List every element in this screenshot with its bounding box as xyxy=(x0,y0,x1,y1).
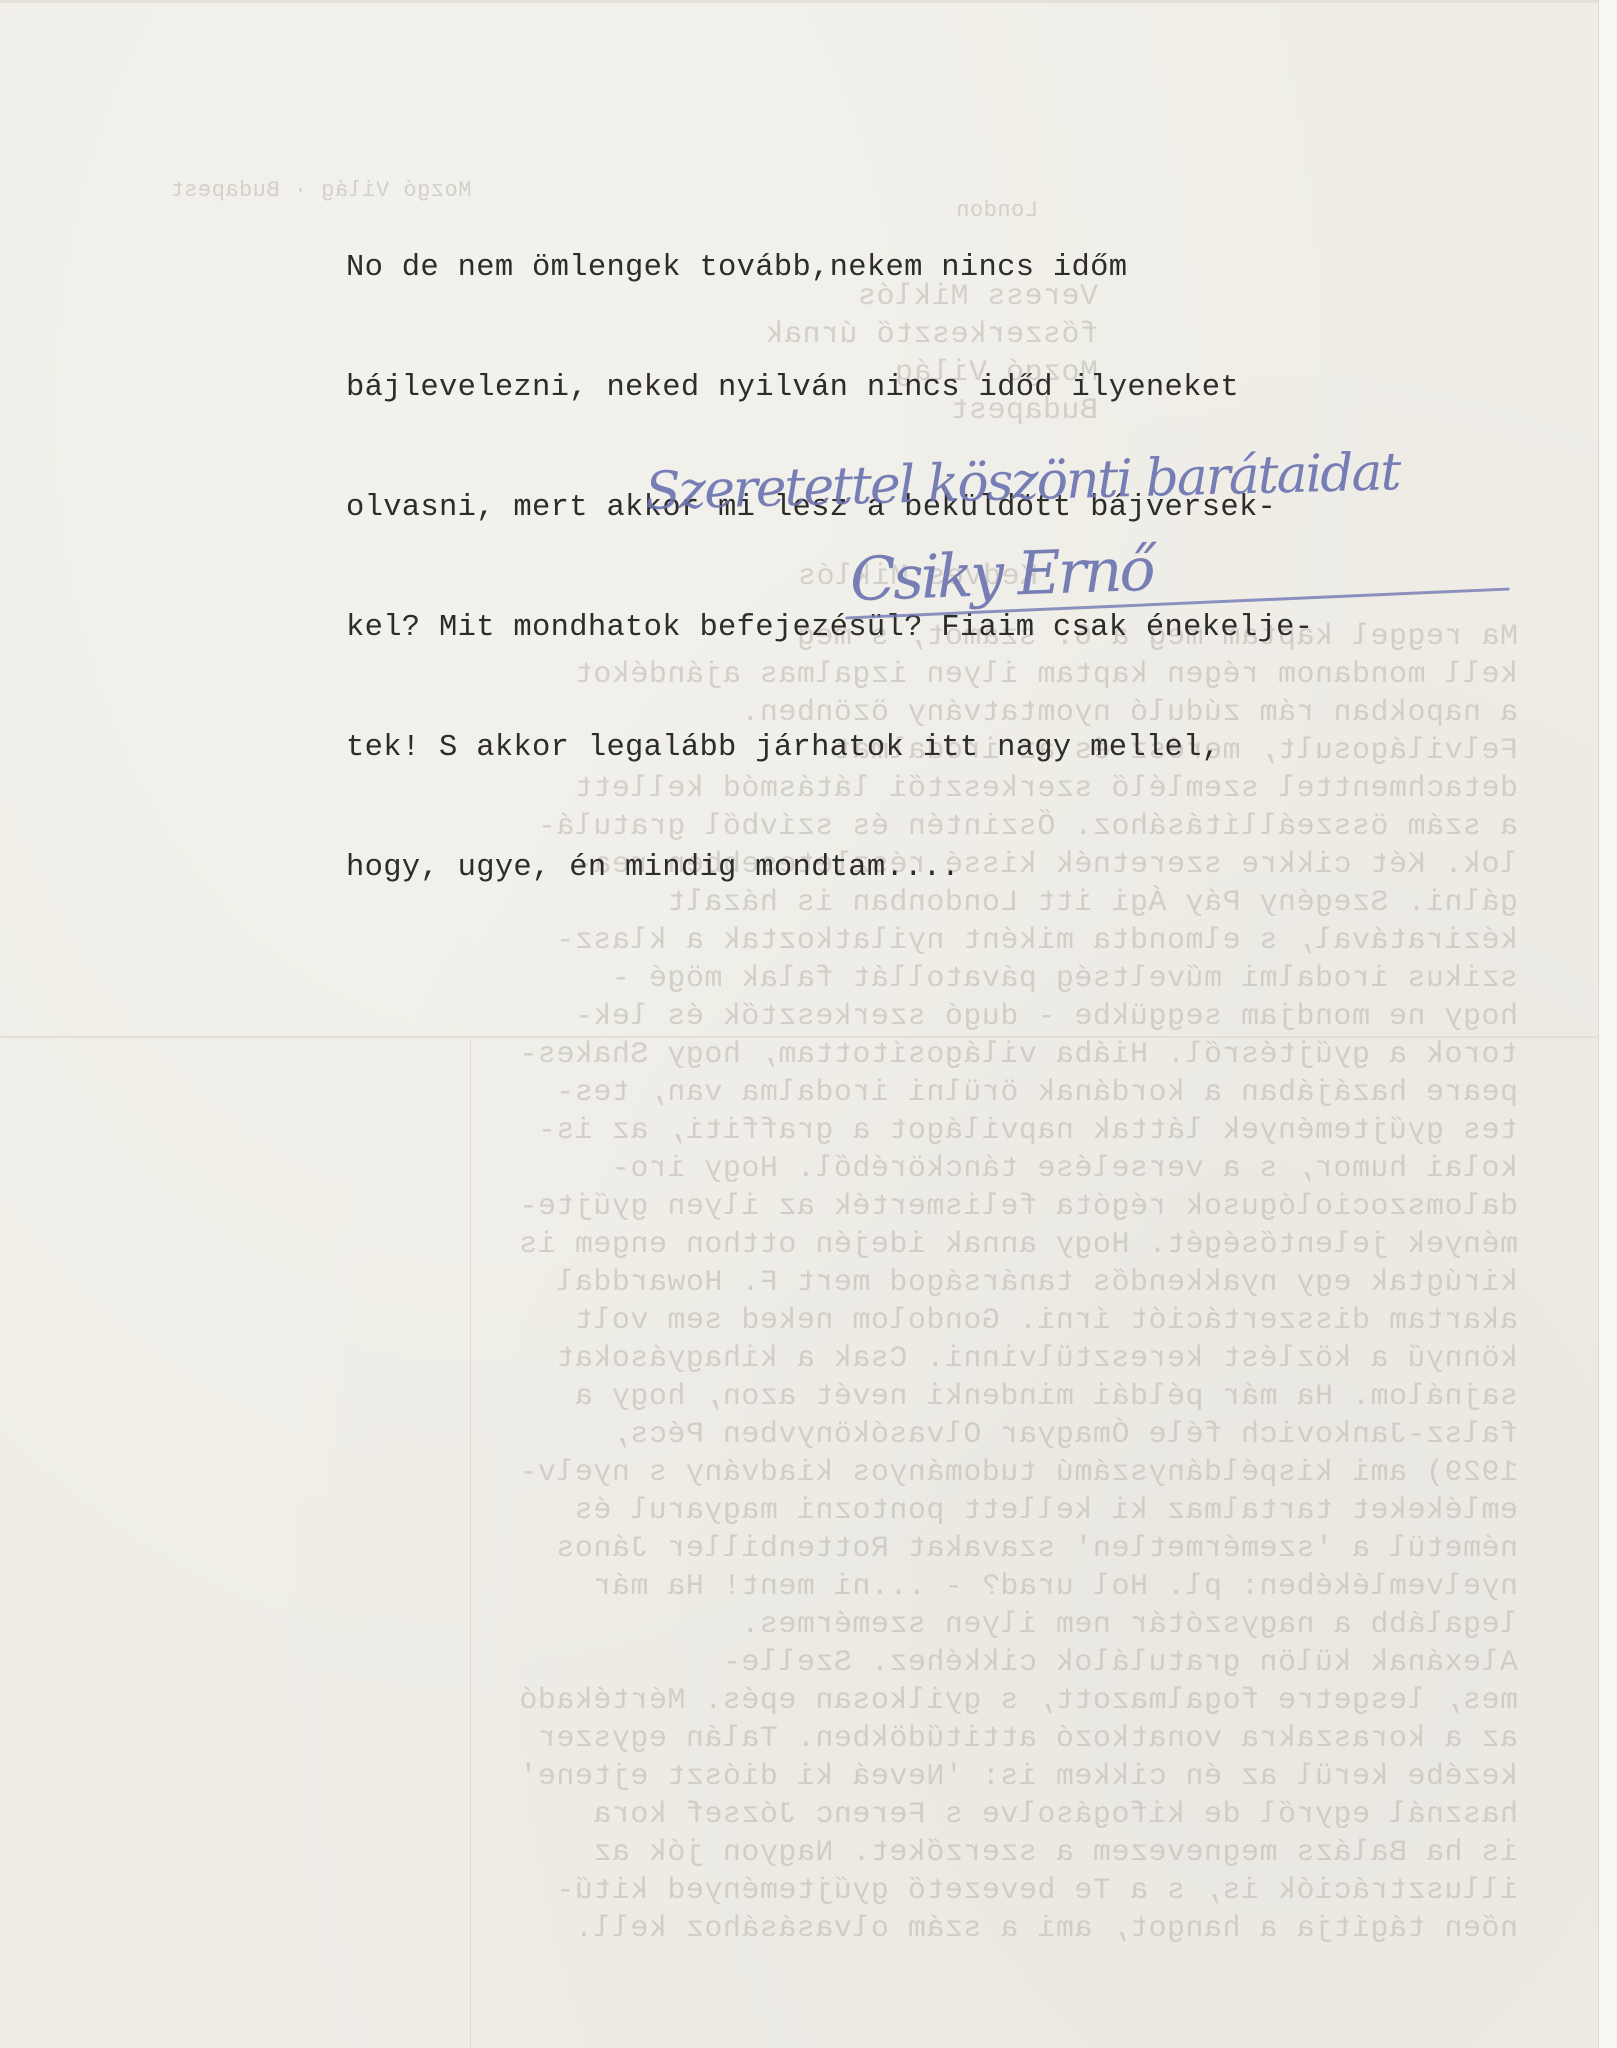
bleed-line: mes, lesgetre fogalmazott, s gyilkosan e… xyxy=(519,1684,1518,1718)
bleed-line: használ egyről de kifogásolve s Ferenc J… xyxy=(593,1798,1518,1832)
bleed-line: nően tágítja a hangot, ami a szám olvasá… xyxy=(574,1912,1518,1946)
bleed-line: sajnálom. Ha már példái mindenki nevét a… xyxy=(574,1380,1518,1414)
bleed-line: németül a 'szemérmetlen' szavakat Rotten… xyxy=(556,1532,1518,1566)
bleed-line: torok a gyűjtésről. Hiába világosítottam… xyxy=(519,1038,1518,1072)
bleed-line: kezébe kerül az én cikkem is: 'Neveá ki … xyxy=(519,1760,1518,1794)
bleed-line: kolai humor, s a verselése táncköréből. … xyxy=(611,1152,1518,1186)
bleed-line: dalomszociológusok régóta felismerték az… xyxy=(519,1190,1518,1224)
bleed-line: is ha Balázs megnevezem a szerzőket. Nag… xyxy=(593,1836,1518,1870)
bleed-line: kirúgtak egy nyakkendős tanárságod mert … xyxy=(556,1266,1518,1300)
vertical-fold-line xyxy=(470,1040,471,2048)
typed-line: kel? Mit mondhatok befejezésül? Fiaim cs… xyxy=(346,608,1313,648)
bleed-line: akartam disszertációt írni. Gondolom nek… xyxy=(574,1304,1518,1338)
paper-top-edge xyxy=(0,0,1598,3)
bleed-line: peare hazájában a kordának örülni irodal… xyxy=(556,1076,1518,1110)
bleed-line: emlékeket tartalmaz ki kellett pontozni … xyxy=(574,1494,1518,1528)
bleed-line: mények jelentőségét. Hogy annak idején o… xyxy=(519,1228,1518,1262)
typed-line: No de nem ömlengek tovább,nekem nincs id… xyxy=(346,248,1313,288)
bleed-line: nyelvemlékében: pl. Hol urad? - ...ni me… xyxy=(593,1570,1518,1604)
bleed-line: könnyű a közlést keresztülvinni. Csak a … xyxy=(556,1342,1518,1376)
horizontal-fold-line xyxy=(0,1036,1598,1038)
handwritten-signature: Csiky Ernő xyxy=(849,535,1154,616)
typed-line: tek! S akkor legalább járhatok itt nagy … xyxy=(346,728,1313,768)
bleed-line: Alexának külön gratulálok cikkéhez. Szel… xyxy=(722,1646,1518,1680)
bleed-line: az a koraszakra vonatkozó attitűdökben. … xyxy=(537,1722,1518,1756)
bleed-line: legalább a nagyszótár nem ilyen szemérme… xyxy=(741,1608,1518,1642)
bleed-line: tes gyűjtemények láttak napvilágot a gra… xyxy=(537,1114,1518,1148)
bleed-line: 1929) ami kispéldányszámú tudományos kia… xyxy=(519,1456,1518,1490)
typed-line: hogy, ugye, én mindig mondtam.... xyxy=(346,848,1313,888)
typed-letter-body: No de nem ömlengek tovább,nekem nincs id… xyxy=(346,168,1313,968)
bleed-line: hogy ne mondjam seggükbe - dugó szerkesz… xyxy=(574,1000,1518,1034)
letter-paper: Mozgó Világ · Budapest London Veress Mik… xyxy=(0,0,1598,2048)
bleed-line: illusztrációk is, s a Te bevezető gyűjte… xyxy=(556,1874,1518,1908)
bleed-line: falsz-Jankovich féle Ómagyar Olvasókönyv… xyxy=(611,1418,1518,1452)
typed-line: bájlevelezni, neked nyilván nincs időd i… xyxy=(346,368,1313,408)
